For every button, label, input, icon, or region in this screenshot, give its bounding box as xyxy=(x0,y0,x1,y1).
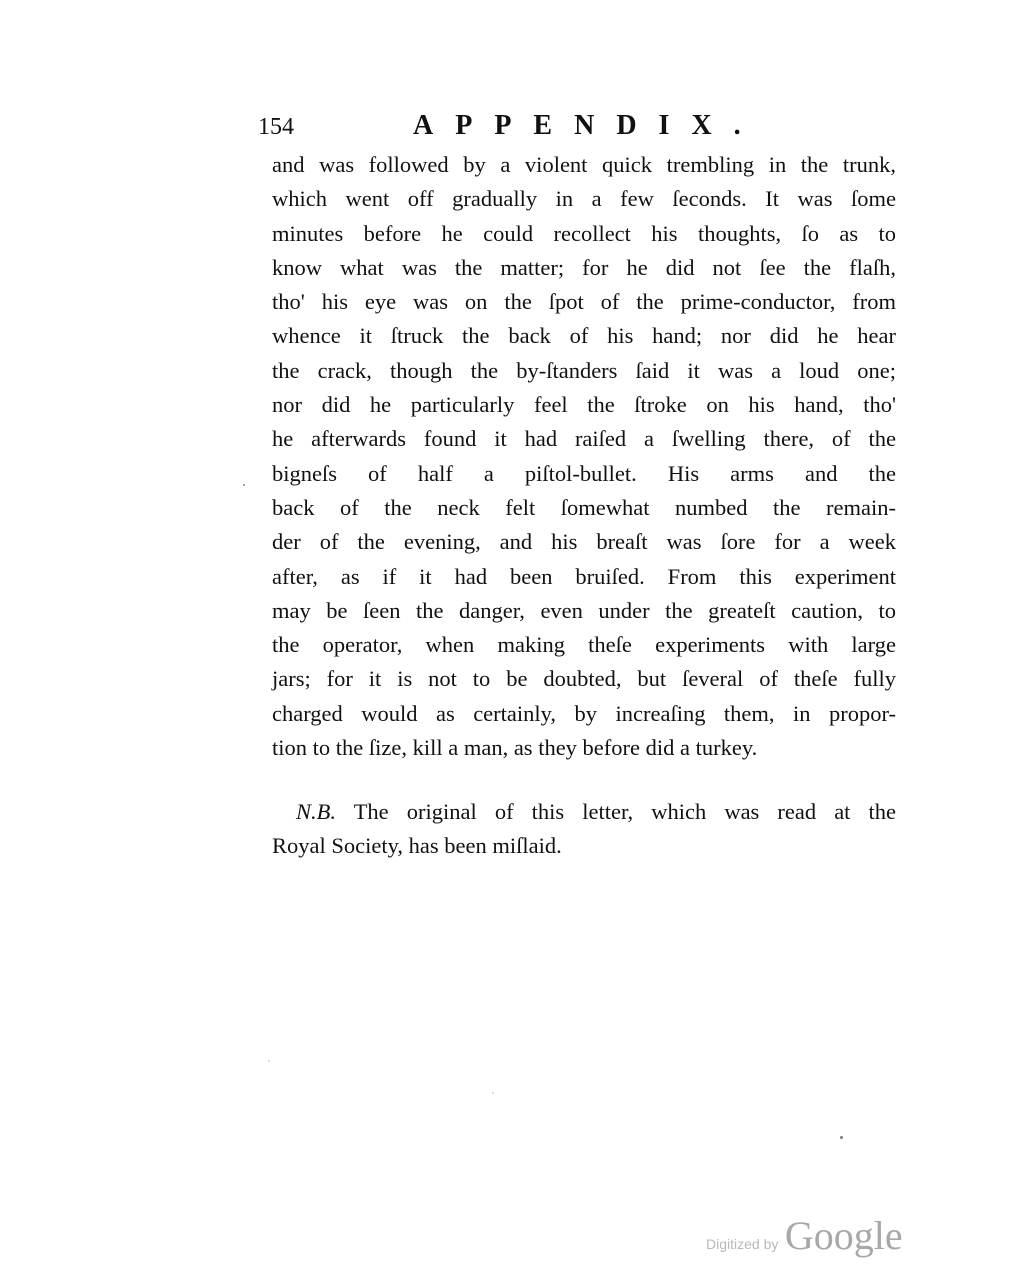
note-line: N.B. The original of this letter, which … xyxy=(272,795,896,829)
book-page: 154 APPENDIX. and was followed by a viol… xyxy=(0,0,1014,1282)
digitized-by-google-watermark: Digitized by Google xyxy=(706,1212,903,1259)
note-paragraph: N.B. The original of this letter, which … xyxy=(272,795,896,864)
text-line: der of the evening, and his breaſt was ſ… xyxy=(272,525,896,559)
page-number: 154 xyxy=(258,114,294,141)
text-line: the operator, when making theſe experime… xyxy=(272,628,896,662)
text-line: charged would as certainly, by increaſin… xyxy=(272,697,896,731)
text-line: which went off gradually in a few ſecond… xyxy=(272,182,896,216)
body-paragraph: and was followed by a violent quick trem… xyxy=(272,148,896,765)
text-line: minutes before he could recollect his th… xyxy=(272,217,896,251)
watermark-prefix: Digitized by xyxy=(706,1236,778,1252)
text-line: he afterwards found it had raiſed a ſwel… xyxy=(272,422,896,456)
text-line: tion to the ſize, kill a man, as they be… xyxy=(272,731,896,765)
text-line: and was followed by a violent quick trem… xyxy=(272,148,896,182)
text-line: may be ſeen the danger, even under the g… xyxy=(272,594,896,628)
scan-speck xyxy=(243,484,245,486)
text-line: tho' his eye was on the ſpot of the prim… xyxy=(272,285,896,319)
running-title: APPENDIX. xyxy=(413,110,763,142)
text-line: bigneſs of half a piſtol-bullet. His arm… xyxy=(272,457,896,491)
google-logo: Google xyxy=(785,1213,903,1258)
text-line: after, as if it had been bruiſed. From t… xyxy=(272,560,896,594)
page-header: 154 APPENDIX. xyxy=(258,110,898,146)
scan-speck xyxy=(840,1136,843,1139)
text-line: the crack, though the by-ſtanders ſaid i… xyxy=(272,354,896,388)
note-line: Royal Society, has been miſlaid. xyxy=(272,829,896,863)
scan-speck xyxy=(492,1092,494,1094)
text-line: whence it ſtruck the back of his hand; n… xyxy=(272,319,896,353)
scan-speck xyxy=(268,1060,270,1062)
note-text: The original of this letter, which was r… xyxy=(336,799,896,824)
note-label: N.B. xyxy=(296,799,336,824)
text-line: back of the neck felt ſomewhat numbed th… xyxy=(272,491,896,525)
text-line: jars; for it is not to be doubted, but ſ… xyxy=(272,662,896,696)
text-line: nor did he particularly feel the ſtroke … xyxy=(272,388,896,422)
text-line: know what was the matter; for he did not… xyxy=(272,251,896,285)
